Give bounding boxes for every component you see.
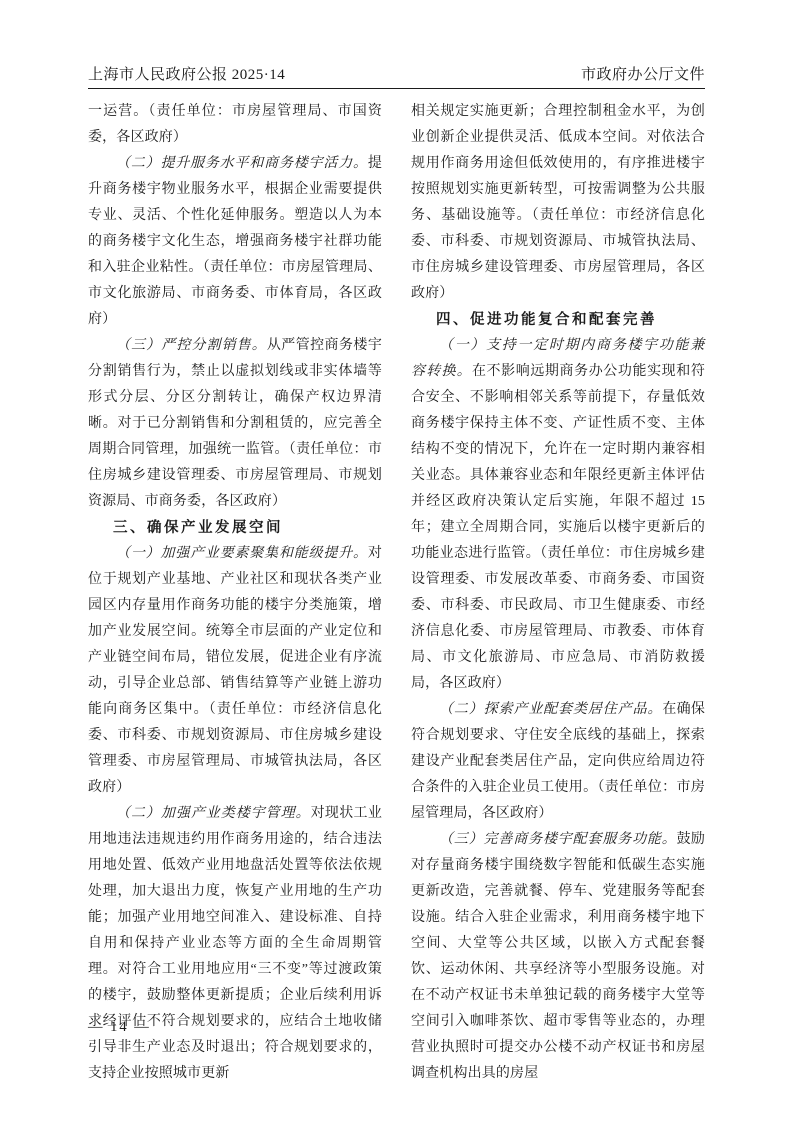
header-rule [88, 88, 705, 89]
paragraph-continuation: 一运营。（责任单位：市房屋管理局、市国资委，各区政府） [88, 99, 382, 151]
paragraph-lead: （二）加强产业类楼宇管理。 [116, 806, 311, 821]
paragraph-text: 鼓励对存量商务楼宇围绕数字智能和低碳生态实施更新改造，完善就餐、停车、党建服务等… [411, 832, 705, 1081]
paragraph-lead: （三）严控分割销售。 [116, 338, 267, 353]
paragraph-text: 在确保符合规划要求、守住安全底线的基础上，探索建设产业配套类居住产品，定向供应给… [411, 702, 705, 821]
section-heading: 四、促进功能复合和配套完善 [411, 307, 705, 333]
page-number: — 14 — [88, 1019, 151, 1036]
paragraph-text: 从严管控商务楼宇分割销售行为，禁止以虚拟划线或非实体墙等形式分层、分区分割转让，… [88, 338, 382, 509]
section-heading: 三、确保产业发展空间 [88, 515, 382, 541]
page-header: 上海市人民政府公报 2025·14 市政府办公厅文件 [88, 63, 705, 84]
left-column: 一运营。（责任单位：市房屋管理局、市国资委，各区政府） （二）提升服务水平和商务… [88, 99, 382, 1087]
right-column: 相关规定实施更新；合理控制租金水平，为创业创新企业提供灵活、低成本空间。对依法合… [411, 99, 705, 1087]
paragraph-text: 对位于规划产业基地、产业社区和现状各类产业园区内存量用作商务功能的楼宇分类施策，… [88, 546, 382, 795]
paragraph-lead: （二）提升服务水平和商务楼宇活力。 [116, 156, 368, 171]
paragraph-text: 在不影响远期商务办公功能实现和符合安全、不影响相邻关系等前提下，存量低效商务楼宇… [411, 364, 705, 691]
document-category: 市政府办公厅文件 [581, 63, 705, 84]
paragraph-text: 相关规定实施更新；合理控制租金水平，为创业创新企业提供灵活、低成本空间。对依法合… [411, 104, 705, 301]
document-body: 一运营。（责任单位：市房屋管理局、市国资委，各区政府） （二）提升服务水平和商务… [88, 99, 705, 1087]
paragraph-text: 对现状工业用地违法违规违约用作商务用途的，结合违法用地处置、低效产业用地盘活处置… [88, 806, 382, 1081]
paragraph: （三）完善商务楼宇配套服务功能。鼓励对存量商务楼宇围绕数字智能和低碳生态实施更新… [411, 827, 705, 1087]
gazette-title: 上海市人民政府公报 2025·14 [88, 63, 285, 84]
paragraph-lead: （三）完善商务楼宇配套服务功能。 [439, 832, 677, 847]
paragraph: （三）严控分割销售。从严管控商务楼宇分割销售行为，禁止以虚拟划线或非实体墙等形式… [88, 333, 382, 515]
gazette-page: 上海市人民政府公报 2025·14 市政府办公厅文件 一运营。（责任单位：市房屋… [0, 0, 793, 1122]
paragraph-text: 一运营。（责任单位：市房屋管理局、市国资委，各区政府） [88, 104, 382, 145]
paragraph-continuation: 相关规定实施更新；合理控制租金水平，为创业创新企业提供灵活、低成本空间。对依法合… [411, 99, 705, 307]
paragraph: （一）加强产业要素聚集和能级提升。对位于规划产业基地、产业社区和现状各类产业园区… [88, 541, 382, 801]
paragraph: （二）加强产业类楼宇管理。对现状工业用地违法违规违约用作商务用途的，结合违法用地… [88, 801, 382, 1087]
paragraph-lead: （二）探索产业配套类居住产品。 [439, 702, 662, 717]
paragraph: （二）探索产业配套类居住产品。在确保符合规划要求、守住安全底线的基础上，探索建设… [411, 697, 705, 827]
paragraph-text: 提升商务楼宇物业服务水平，根据企业需要提供专业、灵活、个性化延伸服务。塑造以人为… [88, 156, 382, 327]
paragraph: （二）提升服务水平和商务楼宇活力。提升商务楼宇物业服务水平，根据企业需要提供专业… [88, 151, 382, 333]
paragraph-lead: （一）加强产业要素聚集和能级提升。 [116, 546, 368, 561]
paragraph: （一）支持一定时期内商务楼宇功能兼容转换。在不影响远期商务办公功能实现和符合安全… [411, 333, 705, 697]
